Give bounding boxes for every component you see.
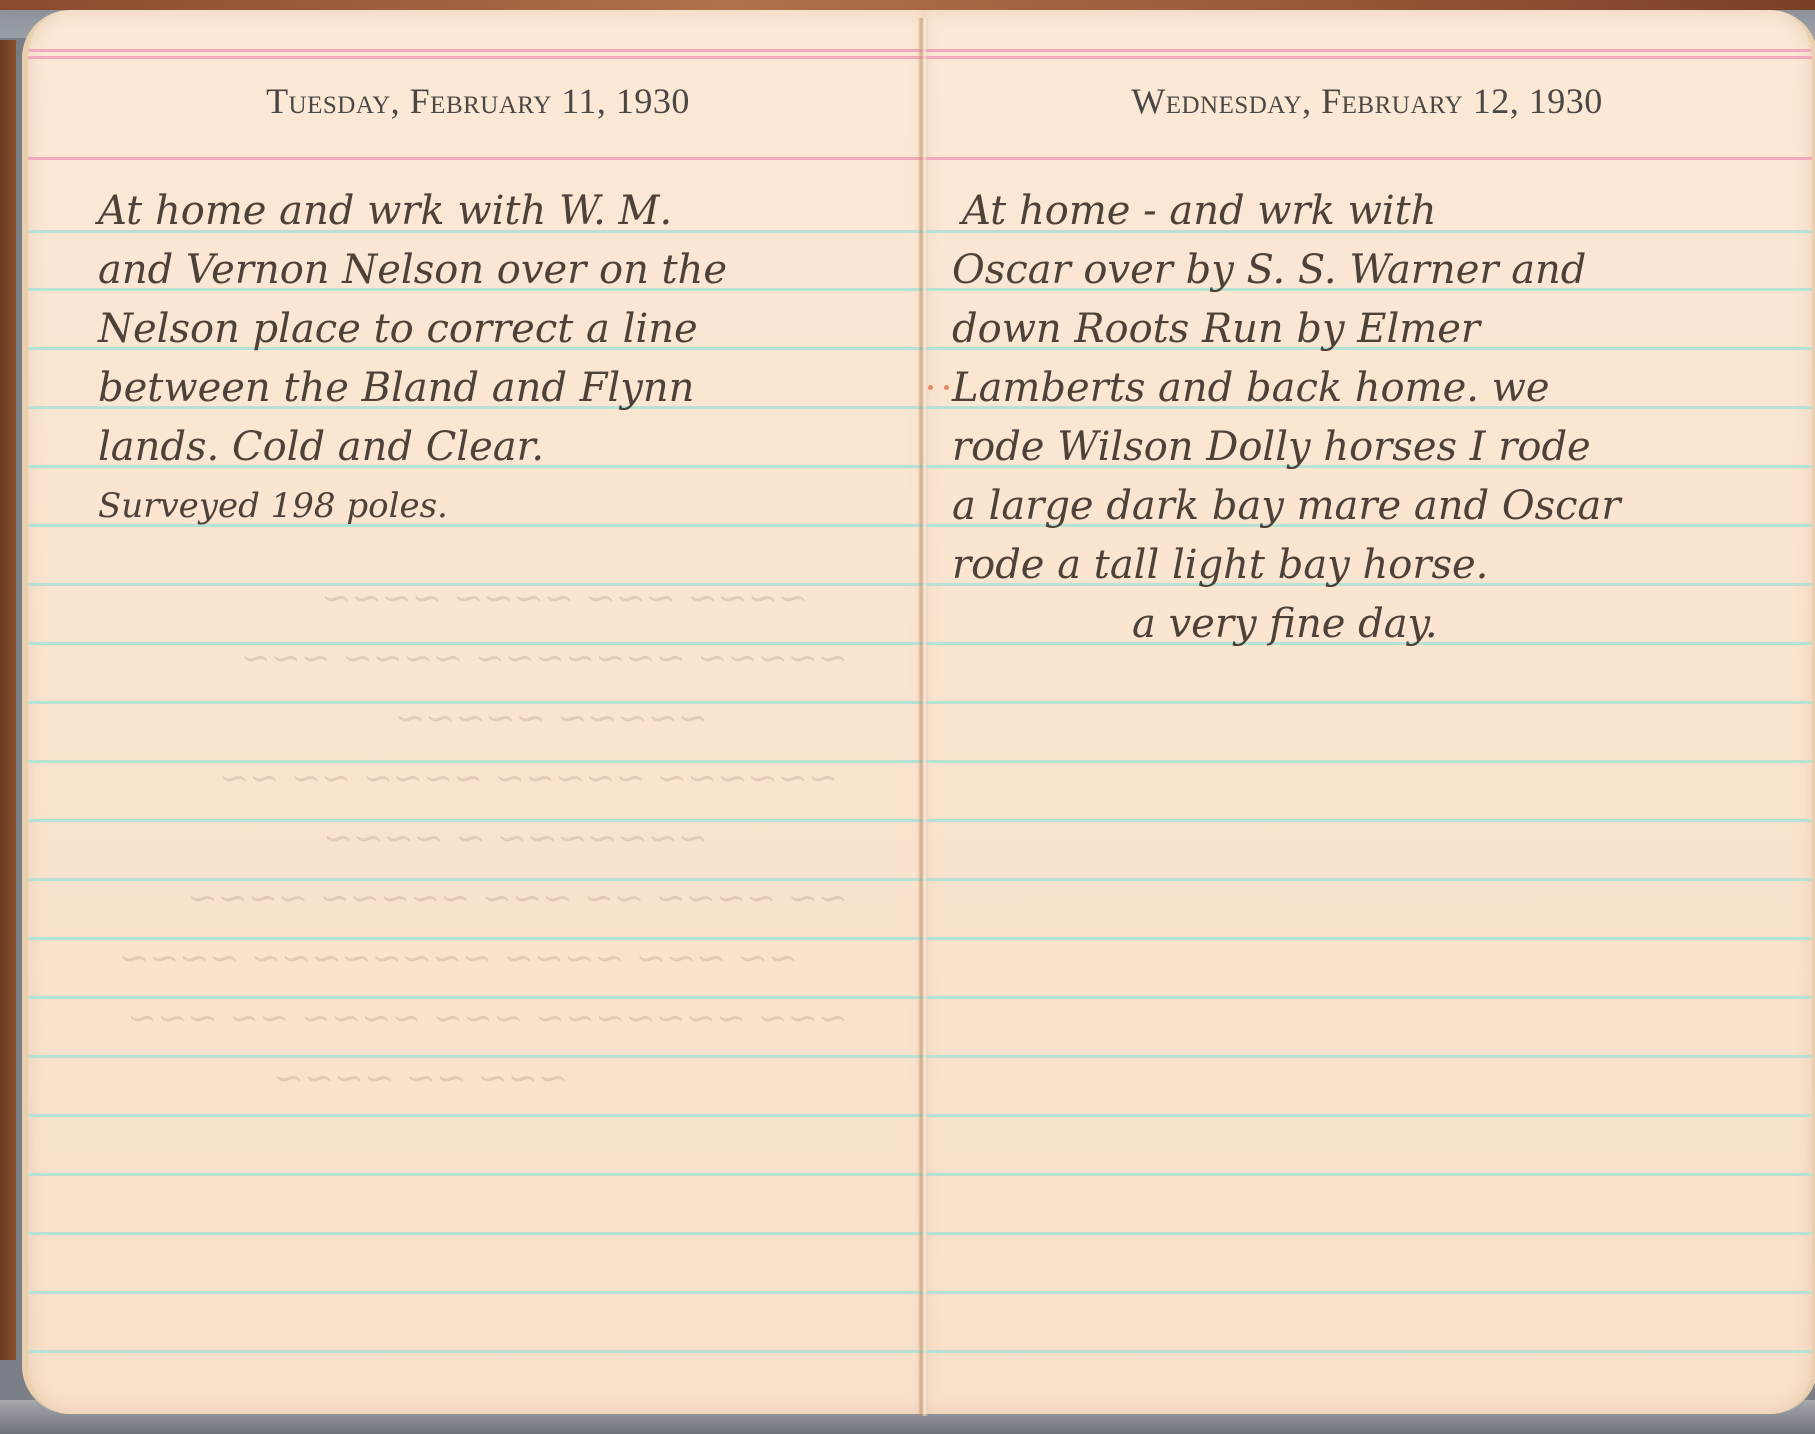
left-page: Tuesday, February 11, 1930 ~~~~ ~~~ ~	[22, 10, 928, 1414]
header-rule-bottom	[922, 157, 1812, 160]
entry-line: Surveyed 198 poles.	[98, 477, 448, 535]
cover-edge-left	[0, 40, 16, 1360]
entry-line: At home and wrk with W. M.	[98, 182, 672, 240]
entry-line: At home - and wrk with	[962, 182, 1436, 240]
right-page: Wednesday, February 12, 1930	[922, 10, 1815, 1414]
entry-line: Lamberts and back home. we	[952, 359, 1550, 417]
page-date-header: Wednesday, February 12, 1930	[922, 80, 1812, 122]
entry-line: a very fine day.	[1132, 595, 1438, 653]
header-rule-top	[922, 49, 1812, 52]
header-rule-top-2	[28, 56, 928, 59]
ink-speck	[944, 385, 949, 390]
book-spine	[918, 18, 928, 1416]
entry-line: Nelson place to correct a line	[98, 300, 698, 358]
entry-line: rode a tall light bay horse.	[952, 536, 1488, 594]
open-diary: Tuesday, February 11, 1930 ~~~~ ~~~ ~	[22, 8, 1815, 1420]
entry-line: lands. Cold and Clear.	[98, 418, 544, 476]
entry-line: and Vernon Nelson over on the	[98, 241, 727, 299]
entry-line: rode Wilson Dolly horses I rode	[952, 418, 1591, 476]
header-rule-top-2	[922, 56, 1812, 59]
entry-line: a large dark bay mare and Oscar	[952, 477, 1621, 535]
ink-speck	[928, 385, 933, 390]
header-rule-bottom	[28, 157, 928, 160]
page-date-header: Tuesday, February 11, 1930	[28, 80, 928, 122]
entry-line: between the Bland and Flynn	[98, 359, 694, 417]
header-rule-top	[28, 49, 928, 52]
entry-line: down Roots Run by Elmer	[952, 300, 1480, 358]
entry-line: Oscar over by S. S. Warner and	[952, 241, 1586, 299]
